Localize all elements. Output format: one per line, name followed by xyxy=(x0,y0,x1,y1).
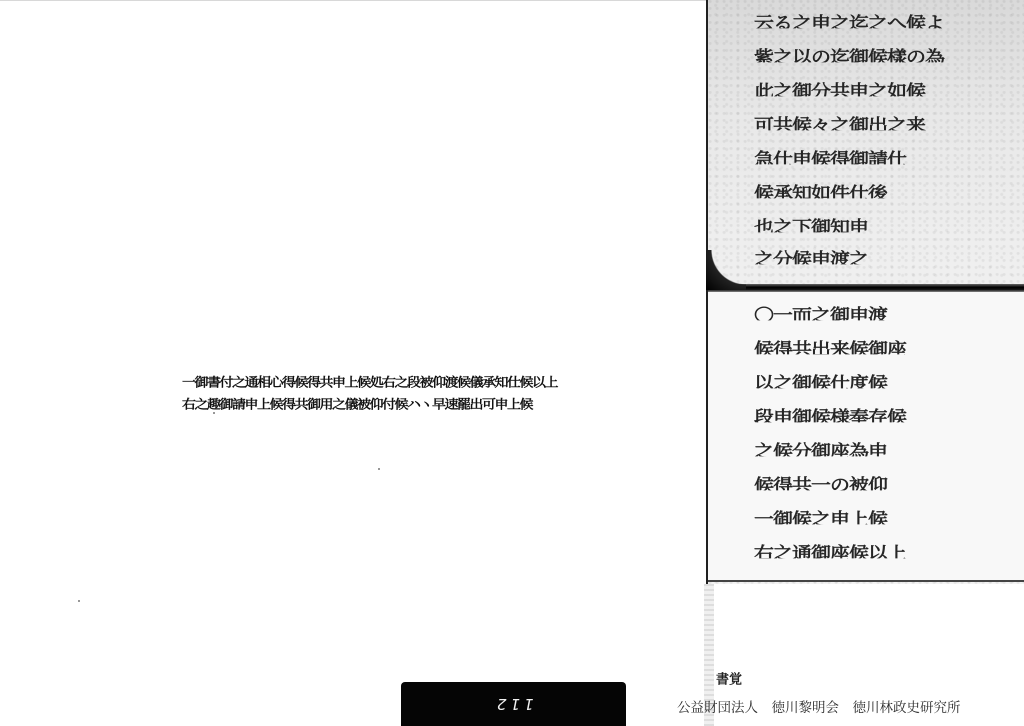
manuscript-line: 也之下御知申 xyxy=(754,214,1024,233)
manuscript-line: 此之御分共申之如候 xyxy=(754,78,1024,97)
manuscript-line: 紫之以の迄御候樣の為 xyxy=(754,44,1024,63)
inserted-note-line: 一御書付之通相心得候得共申上候処右之段被仰渡候儀承知仕候以上 xyxy=(182,373,722,393)
manuscript-line: 〇一而之御申渡 xyxy=(754,302,1024,321)
page-fold-divider xyxy=(708,284,1024,292)
manuscript-line: 以之御候仕度候 xyxy=(754,370,1024,389)
margin-annotation: 覚書 xyxy=(714,672,740,685)
page-number: 112 xyxy=(493,695,534,713)
manuscript-line: 之候分御座為申 xyxy=(754,438,1024,457)
footer-credit: 公益財団法人 徳川黎明会 徳川林政史研究所 xyxy=(677,696,961,716)
page-fold-corner xyxy=(706,250,746,290)
manuscript-line: 右之通御座候以上 xyxy=(754,540,1024,559)
scanned-manuscript-page: 云る之申之迄之へ候よ 紫之以の迄御候樣の為 此之御分共申之如候 可共候々之御出之… xyxy=(706,0,1024,584)
page-bottom-edge xyxy=(708,580,1024,582)
scan-speck xyxy=(213,412,215,414)
page-number-label: 112 xyxy=(401,682,626,726)
manuscript-upper-page: 云る之申之迄之へ候よ 紫之以の迄御候樣の為 此之御分共申之如候 可共候々之御出之… xyxy=(708,0,1024,284)
manuscript-line: 急仕申候得御請仕 xyxy=(754,146,1024,165)
scan-speck xyxy=(78,600,80,602)
manuscript-line: 之分候申渡之 xyxy=(754,246,1024,265)
manuscript-line: 云る之申之迄之へ候よ xyxy=(754,10,1024,29)
manuscript-line: 可共候々之御出之来 xyxy=(754,112,1024,131)
manuscript-line: 一御候之申上候 xyxy=(754,506,1024,525)
inserted-note-slip: 一御書付之通相心得候得共申上候処右之段被仰渡候儀承知仕候以上 右之趣御請申上候得… xyxy=(182,372,722,420)
manuscript-lower-page: 覚書 〇一而之御申渡 候得共出来候御座 以之御候仕度候 段申御候様奉存候 之候分… xyxy=(708,292,1024,582)
manuscript-line: 段申御候様奉存候 xyxy=(754,404,1024,423)
manuscript-line: 候得共一の被仰 xyxy=(754,472,1024,491)
scan-speck xyxy=(378,468,380,470)
inserted-note-line: 右之趣御請申上候得共御用之儀被仰付候ハヽ早速罷出可申上候 xyxy=(182,395,722,415)
manuscript-line: 候承知如件仕後 xyxy=(754,180,1024,199)
manuscript-line: 候得共出来候御座 xyxy=(754,336,1024,355)
